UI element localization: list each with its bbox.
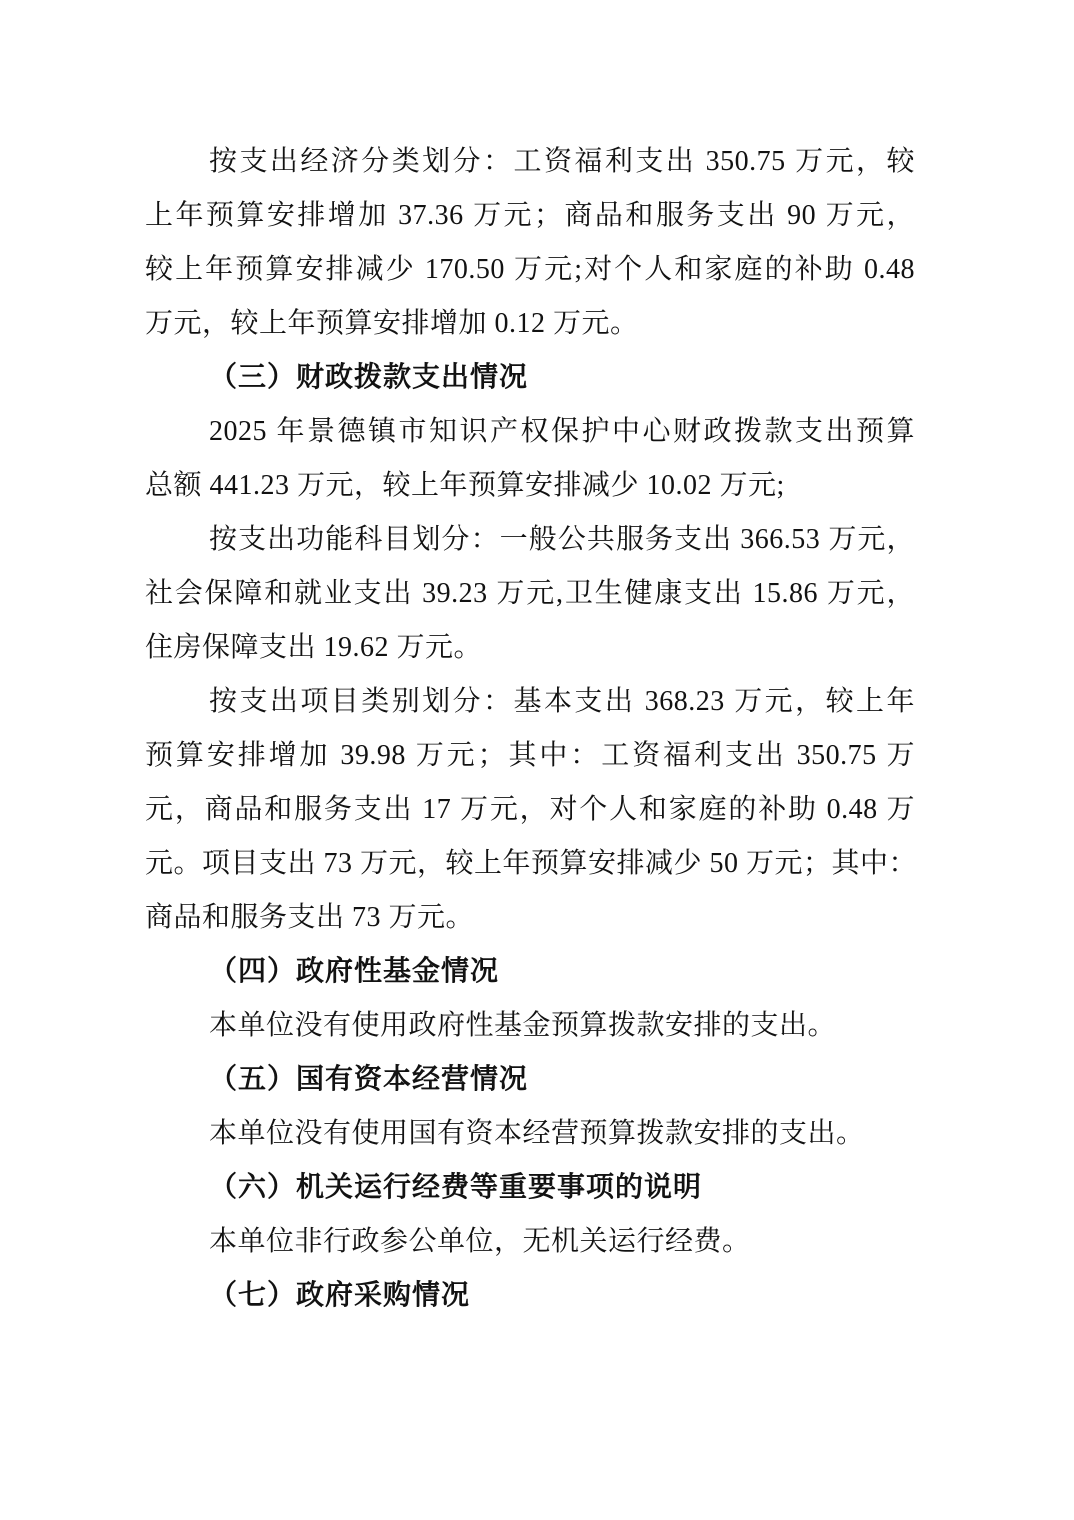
section-heading: （四）政府性基金情况 (145, 945, 915, 999)
text-line: 按支出项目类别划分：基本支出 368.23 万元，较上年 (145, 675, 915, 729)
section-heading: （七）政府采购情况 (145, 1269, 915, 1323)
text-line: 总额 441.23 万元，较上年预算安排减少 10.02 万元; (145, 459, 915, 513)
text-line: 预算安排增加 39.98 万元；其中：工资福利支出 350.75 万 (145, 729, 915, 783)
text-line: 本单位没有使用国有资本经营预算拨款安排的支出。 (145, 1107, 915, 1161)
paragraph: 本单位没有使用政府性基金预算拨款安排的支出。 (145, 999, 915, 1053)
text-line: 元。项目支出 73 万元，较上年预算安排减少 50 万元；其中： (145, 837, 915, 891)
section-heading: （三）财政拨款支出情况 (145, 351, 915, 405)
text-line: 上年预算安排增加 37.36 万元；商品和服务支出 90 万元， (145, 189, 915, 243)
paragraph: 按支出项目类别划分：基本支出 368.23 万元，较上年 预算安排增加 39.9… (145, 675, 915, 945)
text-line: 本单位非行政参公单位，无机关运行经费。 (145, 1215, 915, 1269)
text-line: 较上年预算安排减少 170.50 万元;对个人和家庭的补助 0.48 (145, 243, 915, 297)
text-line: 住房保障支出 19.62 万元。 (145, 621, 915, 675)
text-line: 本单位没有使用政府性基金预算拨款安排的支出。 (145, 999, 915, 1053)
paragraph: 按支出功能科目划分：一般公共服务支出 366.53 万元， 社会保障和就业支出 … (145, 513, 915, 675)
paragraph: 本单位没有使用国有资本经营预算拨款安排的支出。 (145, 1107, 915, 1161)
section-heading: （五）国有资本经营情况 (145, 1053, 915, 1107)
paragraph: 按支出经济分类划分：工资福利支出 350.75 万元，较 上年预算安排增加 37… (145, 135, 915, 351)
text-line: 按支出功能科目划分：一般公共服务支出 366.53 万元， (145, 513, 915, 567)
paragraph: 本单位非行政参公单位，无机关运行经费。 (145, 1215, 915, 1269)
document-page: 按支出经济分类划分：工资福利支出 350.75 万元，较 上年预算安排增加 37… (0, 0, 1074, 1520)
document-body: 按支出经济分类划分：工资福利支出 350.75 万元，较 上年预算安排增加 37… (145, 135, 915, 1323)
text-line: 社会保障和就业支出 39.23 万元,卫生健康支出 15.86 万元， (145, 567, 915, 621)
text-line: 元，商品和服务支出 17 万元，对个人和家庭的补助 0.48 万 (145, 783, 915, 837)
text-line: 按支出经济分类划分：工资福利支出 350.75 万元，较 (145, 135, 915, 189)
paragraph: 2025 年景德镇市知识产权保护中心财政拨款支出预算 总额 441.23 万元，… (145, 405, 915, 513)
heading-line: （三）财政拨款支出情况 (145, 351, 915, 405)
text-line: 商品和服务支出 73 万元。 (145, 891, 915, 945)
section-heading: （六）机关运行经费等重要事项的说明 (145, 1161, 915, 1215)
heading-line: （六）机关运行经费等重要事项的说明 (145, 1161, 915, 1215)
text-line: 2025 年景德镇市知识产权保护中心财政拨款支出预算 (145, 405, 915, 459)
text-line: 万元，较上年预算安排增加 0.12 万元。 (145, 297, 915, 351)
heading-line: （四）政府性基金情况 (145, 945, 915, 999)
heading-line: （五）国有资本经营情况 (145, 1053, 915, 1107)
heading-line: （七）政府采购情况 (145, 1269, 915, 1323)
